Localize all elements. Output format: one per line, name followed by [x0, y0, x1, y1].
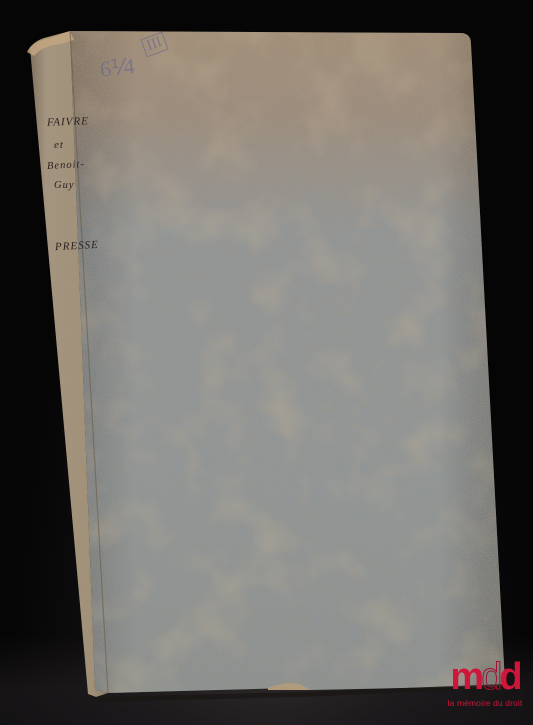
book: FAIVRE et Benoit- Guy PRESSE 6⅟4 III	[0, 0, 533, 725]
spine-conjunction: et	[54, 139, 64, 151]
logo-letter-d-outline: d	[481, 660, 499, 694]
mdd-logo: m d d	[440, 660, 530, 694]
logo-letter-d: d	[499, 660, 519, 694]
logo-letter-m: m	[450, 660, 481, 694]
book-shape	[0, 0, 533, 725]
watermark-tagline: la mémoire du droit	[440, 698, 530, 708]
spine-title: PRESSE	[55, 239, 99, 253]
watermark: m d d la mémoire du droit	[440, 660, 530, 708]
spine-author-2-cont: Guy	[54, 180, 75, 191]
spine-author-1: FAIVRE	[47, 115, 89, 128]
spine-author-2: Benoit-	[47, 159, 85, 172]
catalog-number: 6⅟4	[99, 53, 136, 82]
